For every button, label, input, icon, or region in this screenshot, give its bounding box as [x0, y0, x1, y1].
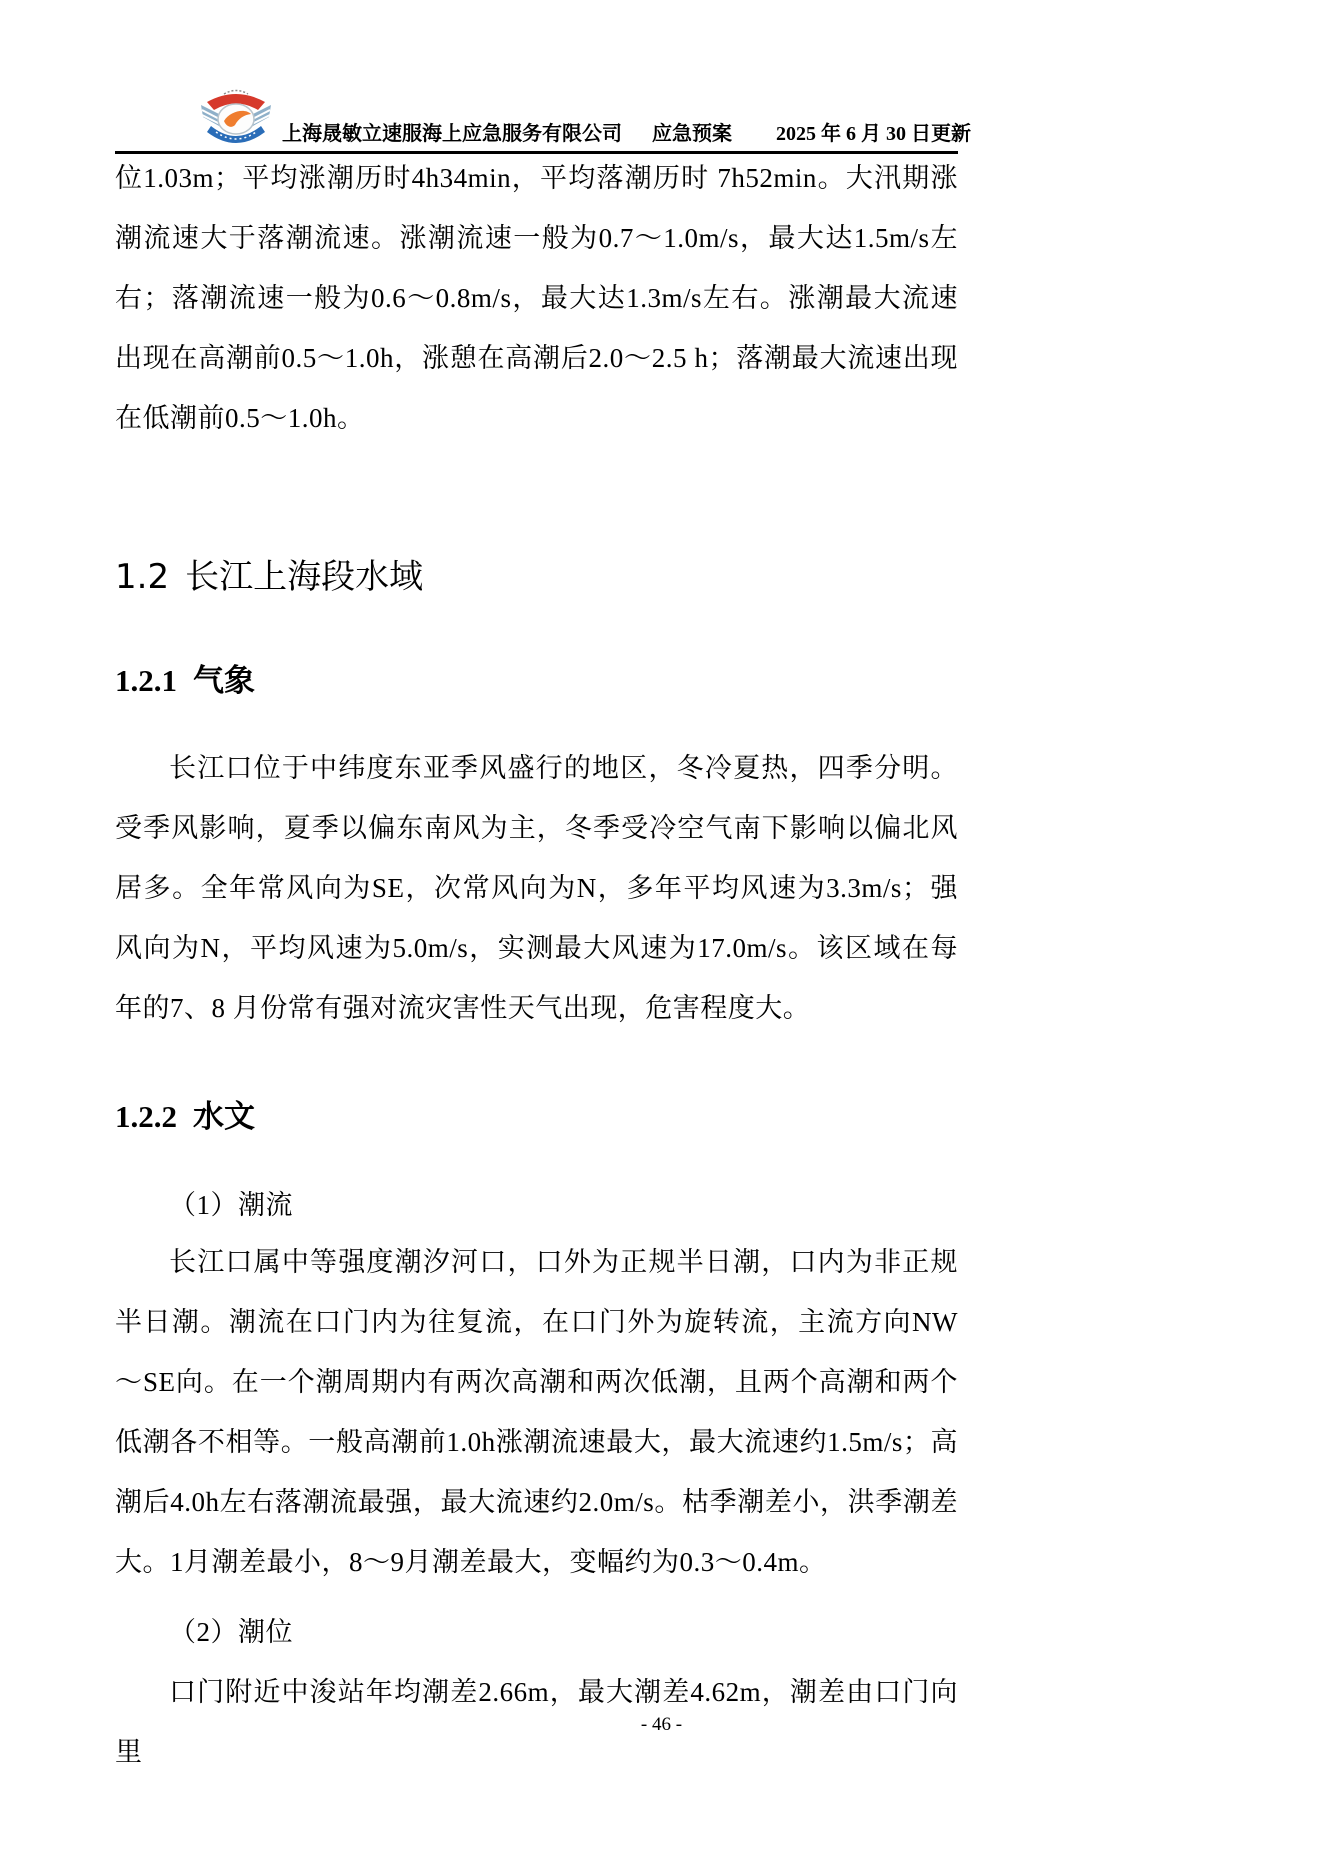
page-header: 上海晟敏立速服海上应急服务有限公司 应急预案 2025 年 6 月 30 日更新	[198, 84, 1023, 146]
section-title: 气象	[193, 663, 255, 699]
section-heading-1-2: 1.2长江上海段水域	[115, 552, 423, 602]
header-updated-date: 2025 年 6 月 30 日更新	[776, 122, 971, 146]
page-number: - 46 -	[0, 1713, 1323, 1737]
paragraph-tidal-current: 长江口属中等强度潮汐河口，口外为正规半日潮，口内为非正规半日潮。潮流在口门内为往…	[115, 1232, 958, 1592]
header-company-name: 上海晟敏立速服海上应急服务有限公司	[282, 122, 622, 146]
list-item-tidal-current-label: （1）潮流	[115, 1175, 958, 1235]
section-number: 1.2.1	[115, 663, 177, 698]
section-title: 水文	[193, 1099, 255, 1135]
paragraph-tide-continuation: 位1.03m；平均涨潮历时4h34min，平均落潮历时 7h52min。大汛期涨…	[115, 148, 958, 448]
section-heading-1-2-2: 1.2.2水文	[115, 1094, 255, 1140]
header-doc-type: 应急预案	[652, 122, 732, 146]
section-title: 长江上海段水域	[185, 557, 423, 597]
section-number: 1.2	[115, 557, 169, 597]
document-page: 上海晟敏立速服海上应急服务有限公司 应急预案 2025 年 6 月 30 日更新…	[0, 0, 1323, 1871]
list-item-tide-level-label: （2）潮位	[115, 1602, 958, 1662]
section-number: 1.2.2	[115, 1099, 177, 1134]
section-heading-1-2-1: 1.2.1气象	[115, 658, 255, 704]
company-logo-icon	[198, 86, 274, 146]
paragraph-meteorology: 长江口位于中纬度东亚季风盛行的地区，冬冷夏热，四季分明。受季风影响，夏季以偏东南…	[115, 738, 958, 1038]
